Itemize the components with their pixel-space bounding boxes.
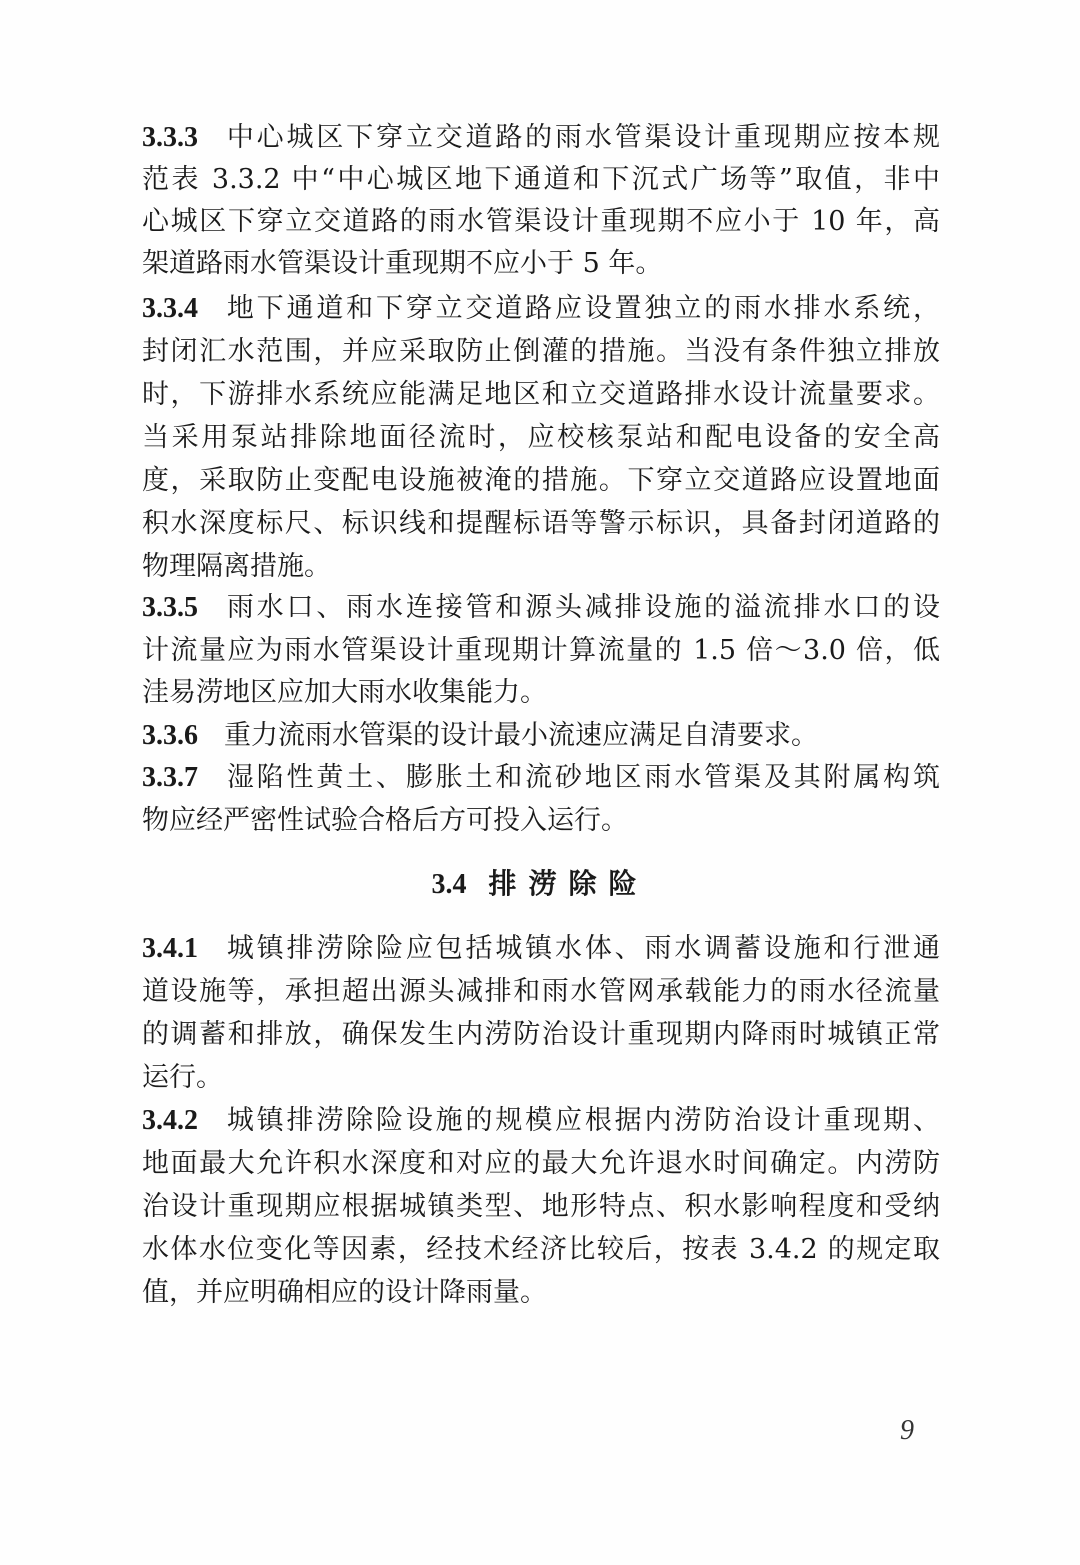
clause-3-3-5-line-2: 计流量应为雨水管渠设计重现期计算流量的 1.5 倍～3.0 倍，低 bbox=[142, 630, 940, 672]
clause-3-4-2-line-2: 地面最大允许积水深度和对应的最大允许退水时间确定。内涝防 bbox=[142, 1143, 940, 1185]
clause-text: 雨水口、雨水连接管和源头减排设施的溢流排水口的设 bbox=[224, 592, 940, 623]
clause-3-3-4-line-3: 时，下游排水系统应能满足地区和立交道路排水设计流量要求。 bbox=[142, 374, 940, 416]
clause-3-3-4-line-2: 封闭汇水范围，并应采取防止倒灌的措施。当没有条件独立排放 bbox=[142, 331, 940, 373]
clause-3-3-3-line-4: 架道路雨水管渠设计重现期不应小于 5 年。 bbox=[142, 243, 940, 285]
clause-3-3-3-line-2: 范表 3.3.2 中“中心城区地下通道和下沉式广场等”取值，非中 bbox=[142, 159, 940, 201]
clause-3-3-7-line-1: 3.3.7湿陷性黄土、膨胀土和流砂地区雨水管渠及其附属构筑 bbox=[142, 757, 940, 799]
clause-number: 3.3.4 bbox=[142, 293, 198, 324]
clause-text: 中心城区下穿立交道路的雨水管渠设计重现期应按本规 bbox=[224, 122, 940, 153]
clause-3-3-4-line-7: 物理隔离措施。 bbox=[142, 546, 940, 588]
clause-3-3-7-line-2: 物应经严密性试验合格后方可投入运行。 bbox=[142, 800, 940, 842]
clause-text: 地下通道和下穿立交道路应设置独立的雨水排水系统， bbox=[224, 293, 940, 324]
clause-3-3-4-line-1: 3.3.4地下通道和下穿立交道路应设置独立的雨水排水系统， bbox=[142, 288, 940, 330]
clause-number: 3.3.6 bbox=[142, 720, 198, 751]
document-page: 3.3.3中心城区下穿立交道路的雨水管渠设计重现期应按本规 范表 3.3.2 中… bbox=[0, 0, 1080, 1565]
clause-text: 城镇排涝除险应包括城镇水体、雨水调蓄设施和行泄通 bbox=[224, 933, 940, 964]
section-number: 3.4 bbox=[431, 869, 466, 900]
section-heading: 3.4排涝除险 bbox=[0, 862, 1080, 906]
clause-3-4-2-line-4: 水体水位变化等因素，经技术经济比较后，按表 3.4.2 的规定取 bbox=[142, 1229, 940, 1271]
clause-3-3-3-line-1: 3.3.3中心城区下穿立交道路的雨水管渠设计重现期应按本规 bbox=[142, 117, 940, 159]
clause-3-4-1-line-1: 3.4.1城镇排涝除险应包括城镇水体、雨水调蓄设施和行泄通 bbox=[142, 928, 940, 970]
clause-3-4-1-line-2: 道设施等，承担超出源头减排和雨水管网承载能力的雨水径流量 bbox=[142, 971, 940, 1013]
clause-3-3-5-line-1: 3.3.5雨水口、雨水连接管和源头减排设施的溢流排水口的设 bbox=[142, 587, 940, 629]
clause-text: 重力流雨水管渠的设计最小流速应满足自清要求。 bbox=[224, 720, 818, 751]
clause-number: 3.3.7 bbox=[142, 762, 198, 793]
clause-3-3-3-line-3: 心城区下穿立交道路的雨水管渠设计重现期不应小于 10 年，高 bbox=[142, 201, 940, 243]
clause-3-4-2-line-1: 3.4.2城镇排涝除险设施的规模应根据内涝防治设计重现期、 bbox=[142, 1100, 940, 1142]
page-number: 9 bbox=[900, 1415, 914, 1447]
clause-3-4-1-line-3: 的调蓄和排放，确保发生内涝防治设计重现期内降雨时城镇正常 bbox=[142, 1014, 940, 1056]
clause-number: 3.4.2 bbox=[142, 1105, 198, 1136]
clause-text: 湿陷性黄土、膨胀土和流砂地区雨水管渠及其附属构筑 bbox=[224, 762, 940, 793]
clause-3-4-2-line-3: 治设计重现期应根据城镇类型、地形特点、积水影响程度和受纳 bbox=[142, 1186, 940, 1228]
clause-3-3-5-line-3: 洼易涝地区应加大雨水收集能力。 bbox=[142, 672, 940, 714]
clause-3-3-4-line-4: 当采用泵站排除地面径流时，应校核泵站和配电设备的安全高 bbox=[142, 417, 940, 459]
clause-number: 3.4.1 bbox=[142, 933, 198, 964]
clause-number: 3.3.5 bbox=[142, 592, 198, 623]
clause-3-3-4-line-5: 度，采取防止变配电设施被淹的措施。下穿立交道路应设置地面 bbox=[142, 460, 940, 502]
clause-3-4-1-line-4: 运行。 bbox=[142, 1057, 940, 1099]
clause-text: 城镇排涝除险设施的规模应根据内涝防治设计重现期、 bbox=[224, 1105, 940, 1136]
clause-3-4-2-line-5: 值，并应明确相应的设计降雨量。 bbox=[142, 1272, 940, 1314]
clause-3-3-4-line-6: 积水深度标尺、标识线和提醒标语等警示标识，具备封闭道路的 bbox=[142, 503, 940, 545]
clause-number: 3.3.3 bbox=[142, 122, 198, 153]
clause-3-3-6-line-1: 3.3.6重力流雨水管渠的设计最小流速应满足自清要求。 bbox=[142, 715, 940, 757]
section-title: 排涝除险 bbox=[488, 867, 648, 900]
